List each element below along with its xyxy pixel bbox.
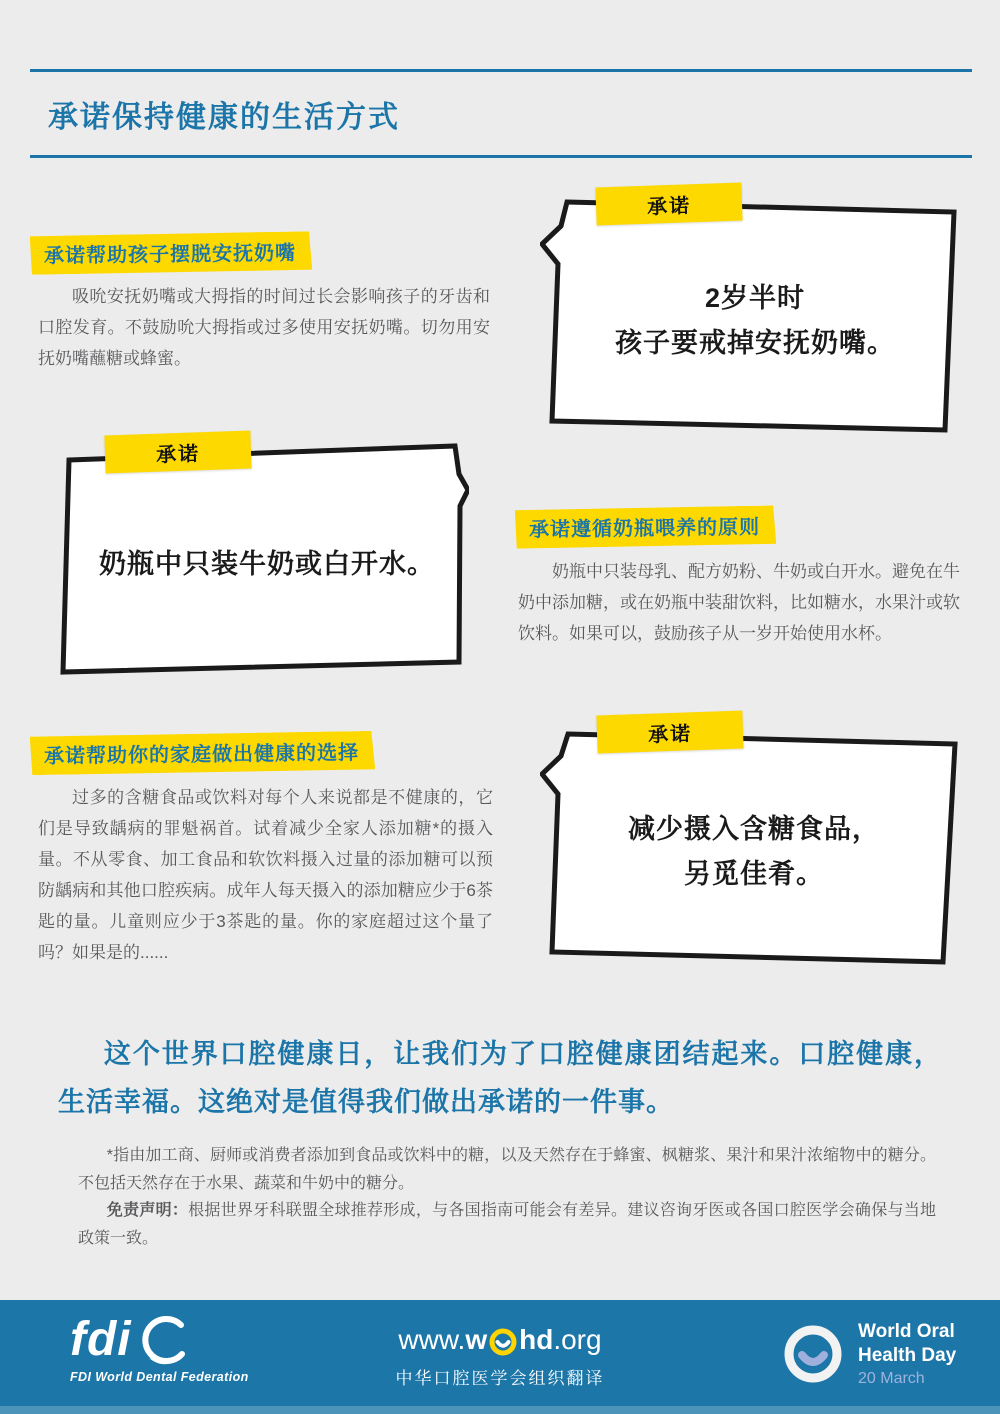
bubble-line: 另觅佳肴。: [684, 852, 824, 897]
section-body-bottle-feeding: 奶瓶中只装母乳、配方奶粉、牛奶或白开水。避免在牛奶中添加糖，或在奶瓶中装甜饮料，…: [518, 557, 960, 650]
wohd-title-line1: World Oral: [858, 1320, 956, 1344]
disclaimer-label: 免责声明：: [107, 1202, 188, 1219]
wohd-logo: World Oral Health Day 20 March: [782, 1320, 956, 1388]
footnotes: *指由加工商、厨师或消费者添加到食品或饮料中的糖，以及天然存在于蜂蜜、枫糖浆、果…: [78, 1142, 936, 1252]
top-divider: [30, 69, 972, 72]
wohd-date: 20 March: [858, 1370, 956, 1388]
wohd-title-line2: Health Day: [858, 1344, 956, 1368]
promise-tab: 承诺: [596, 710, 743, 753]
promise-tab: 承诺: [104, 430, 251, 473]
closing-statement: 这个世界口腔健康日，让我们为了口腔健康团结起来。口腔健康，生活幸福。这绝对是值得…: [58, 1030, 942, 1126]
footnote-disclaimer: 免责声明：根据世界牙科联盟全球推荐形成，与各国指南可能会有差异。建议咨询牙医或各…: [78, 1197, 936, 1252]
footnote-added-sugar: *指由加工商、厨师或消费者添加到食品或饮料中的糖，以及天然存在于蜂蜜、枫糖浆、果…: [78, 1142, 936, 1197]
bubble-text: 奶瓶中只装牛奶或白开水。: [80, 468, 454, 660]
footer-bottom-strip: [0, 1406, 1000, 1414]
url-prefix: www.: [398, 1324, 465, 1356]
bubble-line: 2岁半时: [705, 276, 805, 321]
wohd-smile-ring-icon: [782, 1323, 844, 1385]
section-body-pacifier: 吸吮安抚奶嘴或大拇指的时间过长会影响孩子的牙齿和口腔发育。不鼓励吮大拇指或过多使…: [38, 282, 490, 375]
page-title: 承诺保持健康的生活方式: [48, 92, 948, 136]
promise-tab: 承诺: [595, 182, 742, 225]
promise-bubble-pacifier: 承诺 2岁半时 孩子要戒掉安抚奶嘴。: [540, 182, 960, 438]
section-heading-pacifier: 承诺帮助孩子摆脱安抚奶嘴: [30, 231, 312, 274]
poster-page: 承诺保持健康的生活方式 承诺帮助孩子摆脱安抚奶嘴 吸吮安抚奶嘴或大拇指的时间过长…: [0, 0, 1000, 1414]
bubble-text: 减少摄入含糖食品， 另觅佳肴。: [565, 750, 943, 954]
section-heading-bottle-feeding: 承诺遵循奶瓶喂养的原则: [515, 505, 776, 548]
section-body-healthy-choices: 过多的含糖食品或饮料对每个人来说都是不健康的，它们是导致龋病的罪魁祸首。试着减少…: [38, 783, 493, 969]
bubble-line: 奶瓶中只装牛奶或白开水。: [99, 542, 435, 587]
url-w: w: [465, 1324, 487, 1356]
url-suffix: .org: [553, 1324, 601, 1356]
bubble-line: 减少摄入含糖食品，: [628, 807, 880, 852]
bubble-line: 孩子要戒掉安抚奶嘴。: [615, 321, 895, 366]
bubble-text: 2岁半时 孩子要戒掉安抚奶嘴。: [565, 222, 945, 420]
disclaimer-text: 根据世界牙科联盟全球推荐形成，与各国指南可能会有差异。建议咨询牙医或各国口腔医学…: [78, 1202, 936, 1247]
smiley-o-icon: [488, 1327, 518, 1357]
footer-bar: fdi FDI World Dental Federation www.w hd…: [0, 1300, 1000, 1414]
wohd-url-link[interactable]: www.w hd.org: [398, 1324, 601, 1356]
promise-bubble-bottle: 承诺 奶瓶中只装牛奶或白开水。: [55, 428, 469, 678]
section-heading-healthy-choices: 承诺帮助你的家庭做出健康的选择: [30, 731, 375, 775]
title-divider: [30, 155, 972, 158]
url-hd: hd: [519, 1324, 553, 1356]
promise-bubble-sugar: 承诺 减少摄入含糖食品， 另觅佳肴。: [540, 710, 958, 972]
